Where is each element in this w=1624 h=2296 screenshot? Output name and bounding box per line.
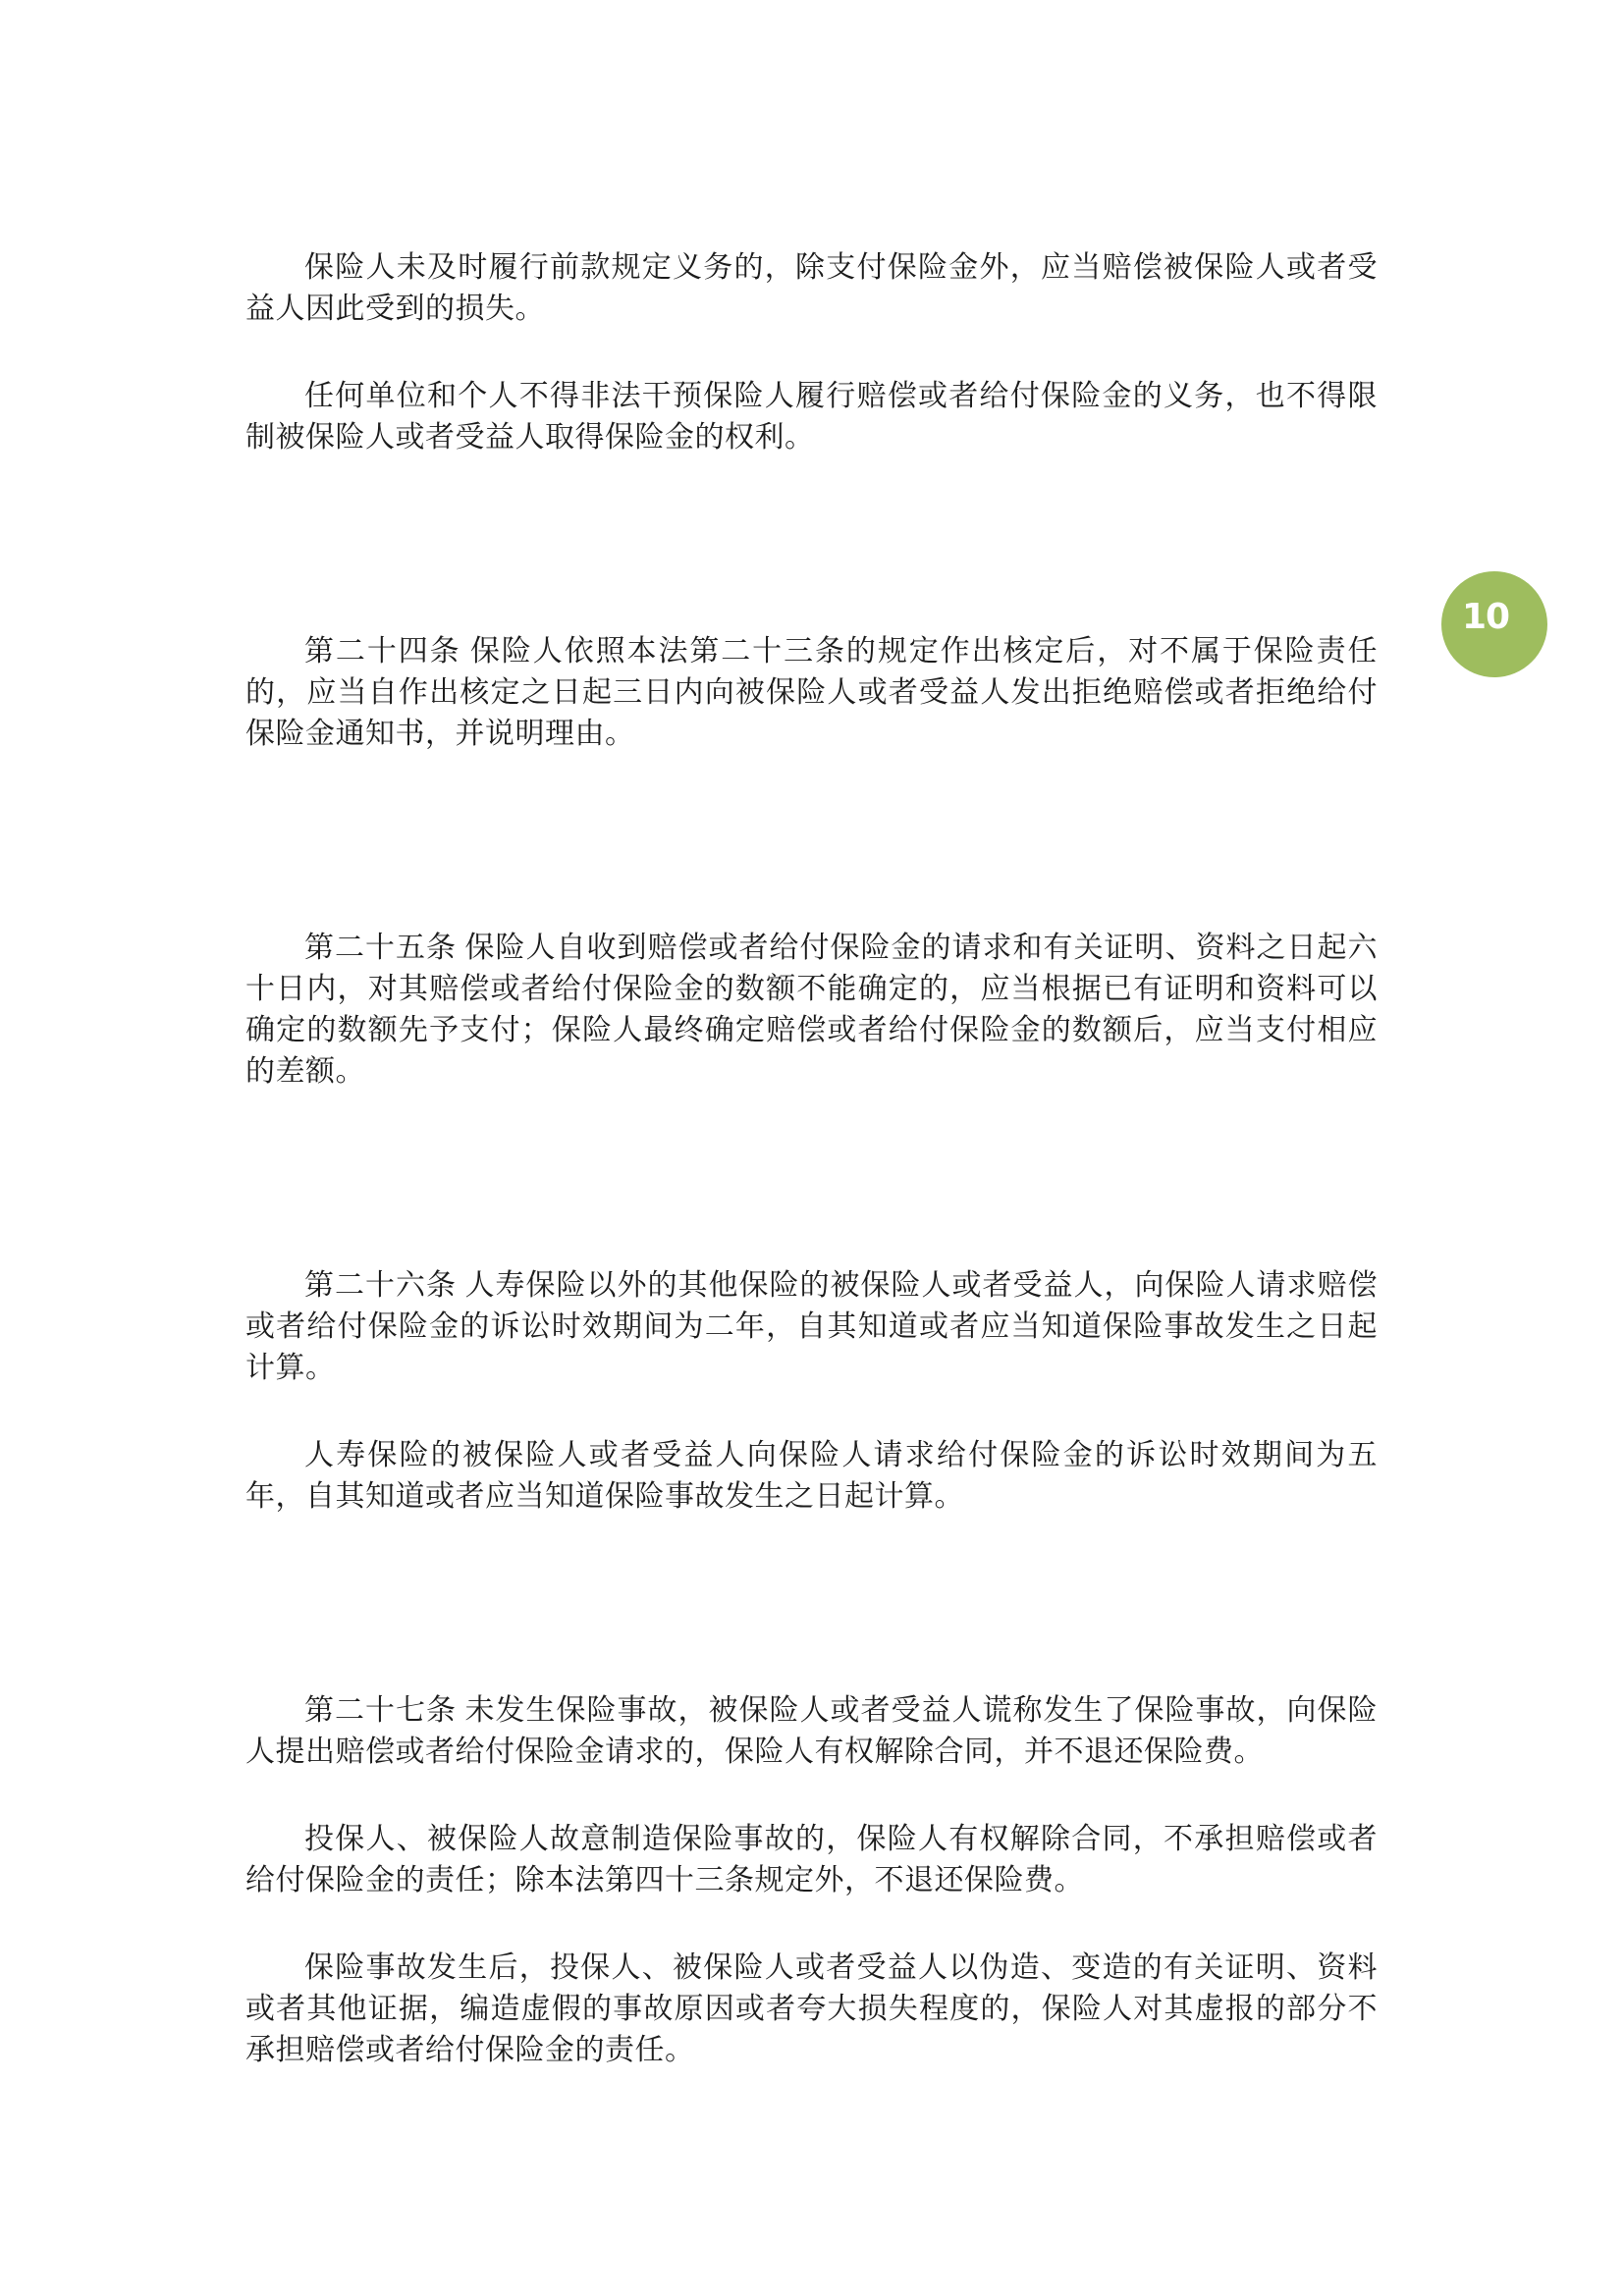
paragraph-article-27: 第二十七条 未发生保险事故，被保险人或者受益人谎称发生了保险事故，向保险人提出赔… [245, 1690, 1378, 1773]
paragraph-article-24: 第二十四条 保险人依照本法第二十三条的规定作出核定后，对不属于保险责任的，应当自… [245, 631, 1378, 755]
paragraph-article-25: 第二十五条 保险人自收到赔偿或者给付保险金的请求和有关证明、资料之日起六十日内，… [245, 928, 1378, 1093]
document-body: 保险人未及时履行前款规定义务的，除支付保险金外，应当赔偿被保险人或者受益人因此受… [245, 247, 1378, 2071]
paragraph-article-26-2: 人寿保险的被保险人或者受益人向保险人请求给付保险金的诉讼时效期间为五年，自其知道… [245, 1435, 1378, 1518]
paragraph-article-27-3: 保险事故发生后，投保人、被保险人或者受益人以伪造、变造的有关证明、资料或者其他证… [245, 1948, 1378, 2071]
page-number-badge: 10 [1441, 571, 1547, 677]
paragraph-article-27-2: 投保人、被保险人故意制造保险事故的，保险人有权解除合同，不承担赔偿或者给付保险金… [245, 1819, 1378, 1901]
paragraph-article-26: 第二十六条 人寿保险以外的其他保险的被保险人或者受益人，向保险人请求赔偿或者给付… [245, 1265, 1378, 1389]
paragraph-2: 任何单位和个人不得非法干预保险人履行赔偿或者给付保险金的义务，也不得限制被保险人… [245, 376, 1378, 458]
paragraph-1: 保险人未及时履行前款规定义务的，除支付保险金外，应当赔偿被保险人或者受益人因此受… [245, 247, 1378, 330]
page-number: 10 [1462, 600, 1509, 635]
document-page: 保险人未及时履行前款规定义务的，除支付保险金外，应当赔偿被保险人或者受益人因此受… [0, 0, 1624, 2296]
